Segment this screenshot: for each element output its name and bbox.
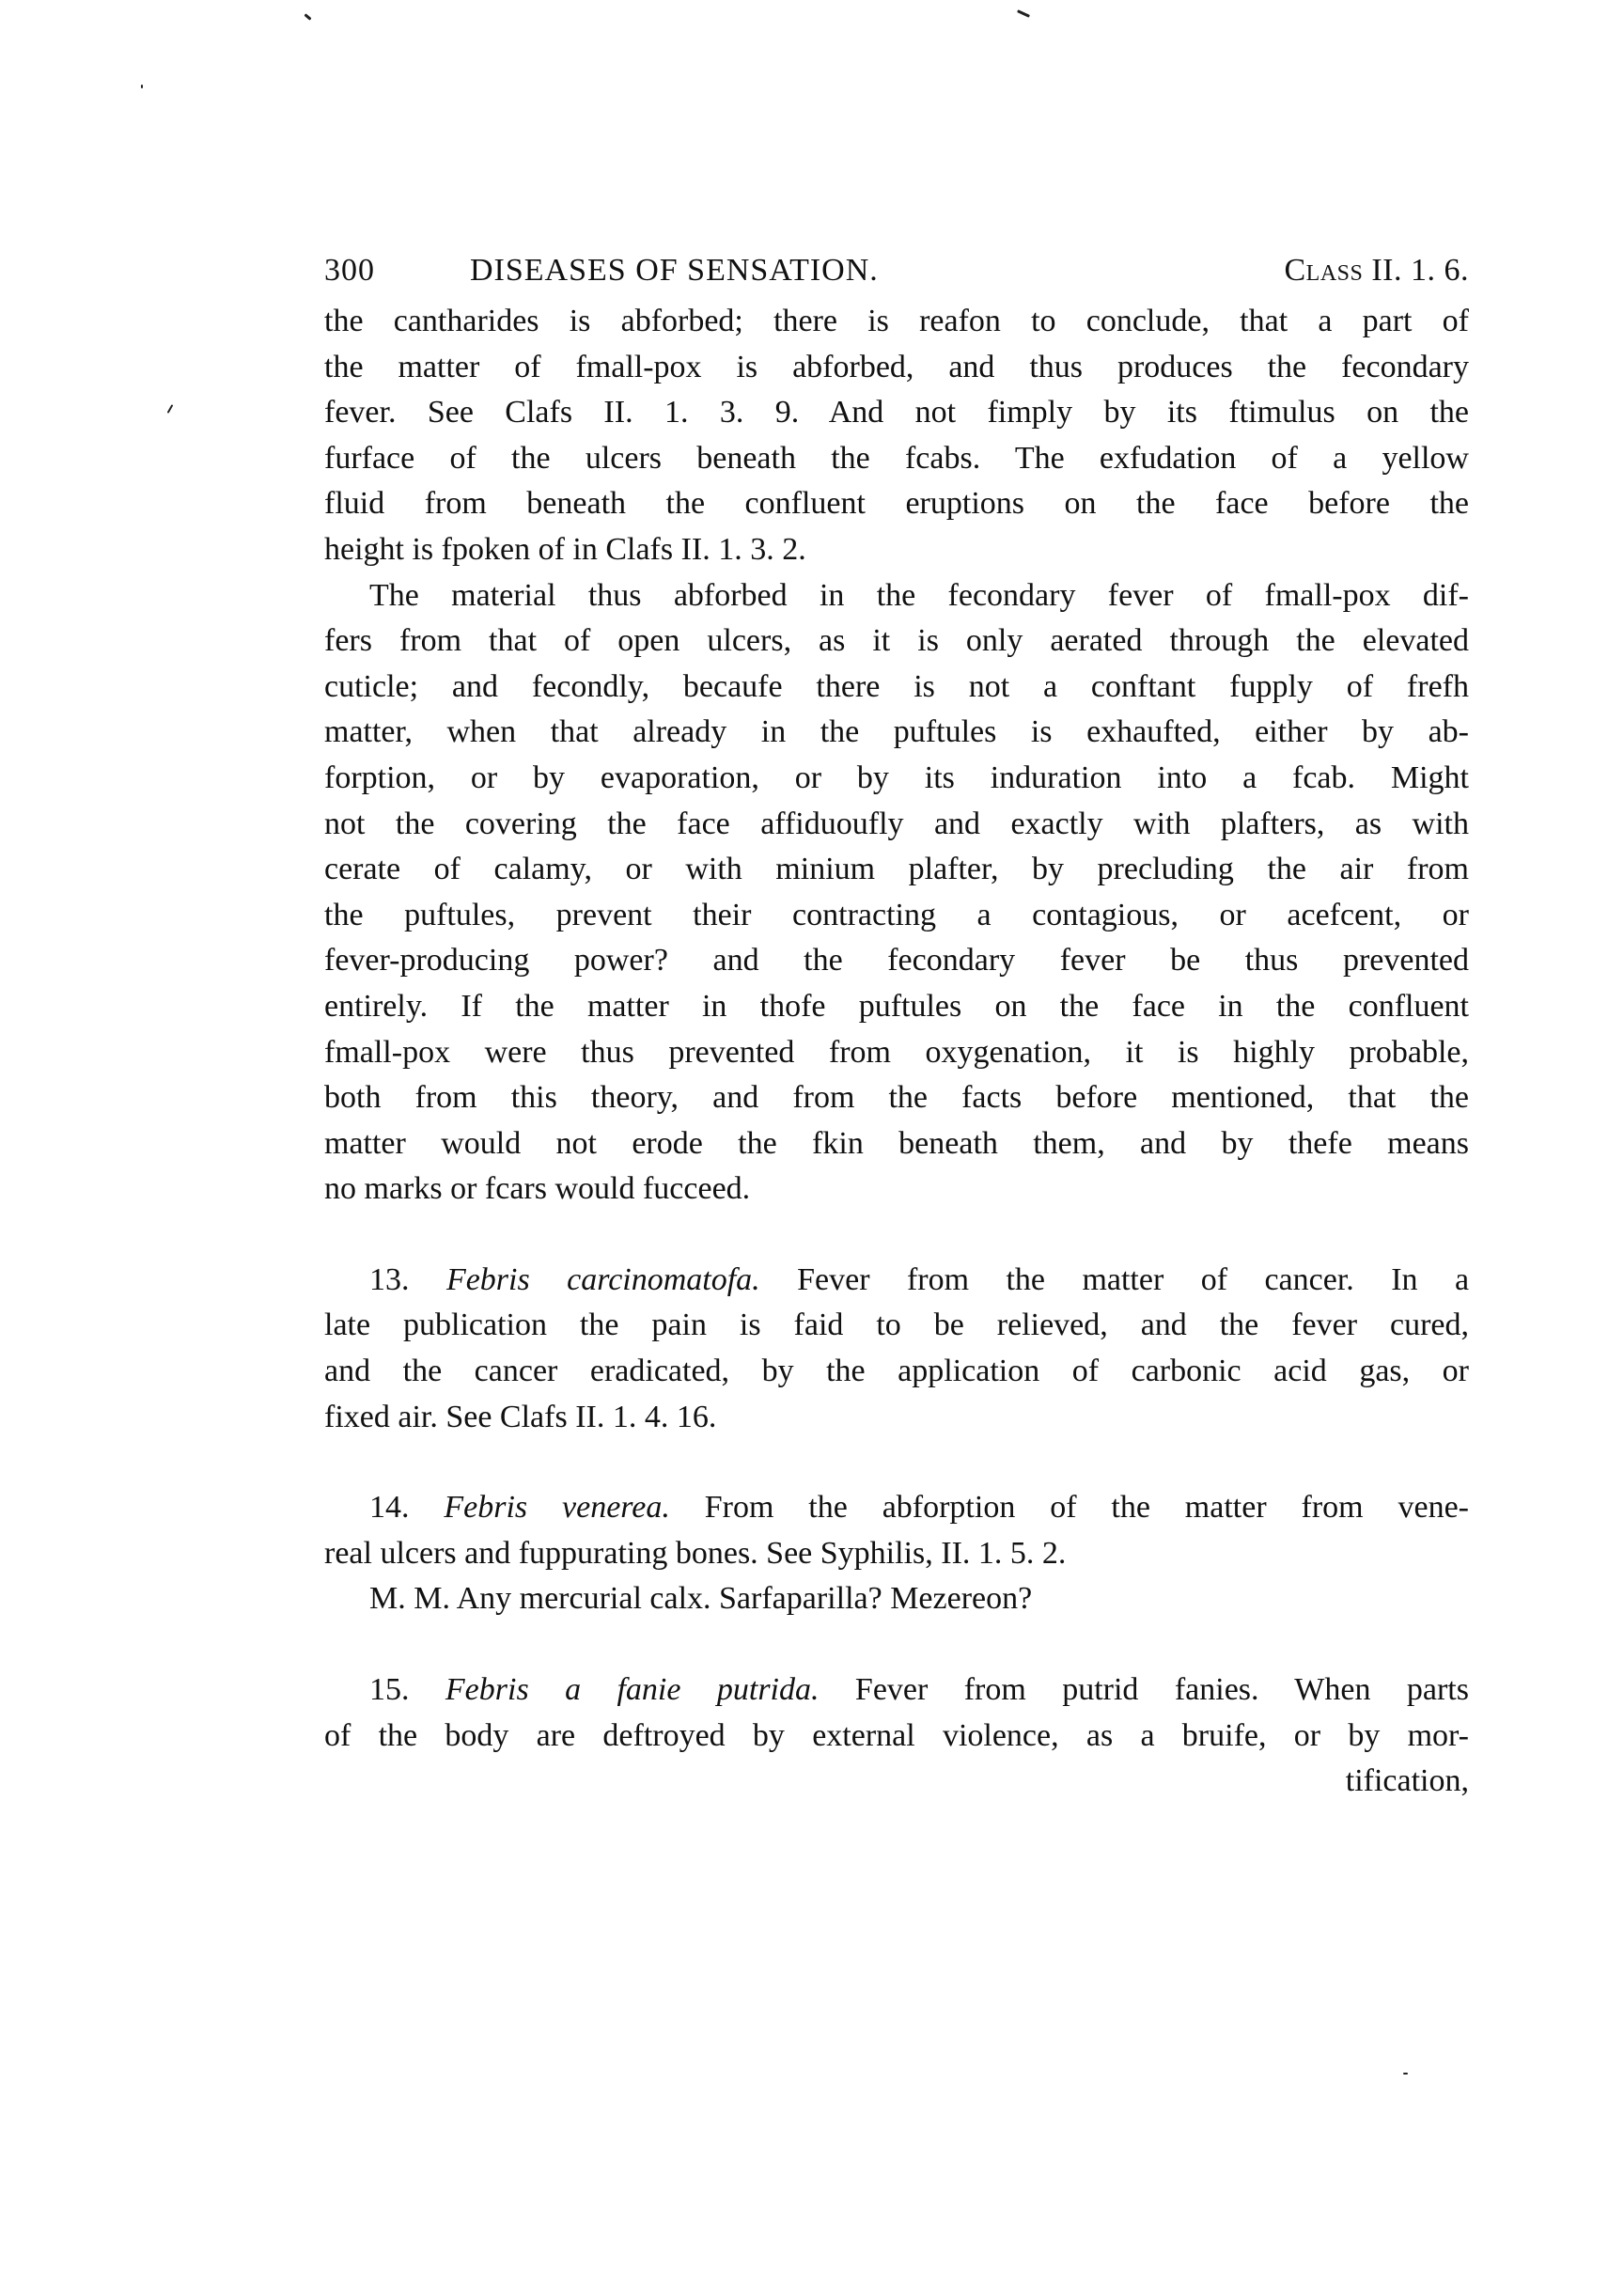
section-gap bbox=[324, 1213, 1469, 1258]
entry-number: 15. bbox=[369, 1672, 410, 1707]
book-page: 300 DISEASES OF SENSATION. Class II. 1. … bbox=[324, 246, 1469, 1805]
text-line: both from this theory, and from the fact… bbox=[324, 1075, 1469, 1121]
paragraph-material-absorbed: The material thus abforbed in the fecond… bbox=[324, 573, 1469, 1213]
text-line: and the cancer eradicated, by the applic… bbox=[324, 1349, 1469, 1395]
text-line: late publication the pain is faid to be … bbox=[324, 1303, 1469, 1349]
text-line: the puftules, prevent their contracting … bbox=[324, 893, 1469, 939]
class-reference: Class II. 1. 6. bbox=[1284, 246, 1469, 295]
text-line: the cantharides is abforbed; there is re… bbox=[324, 299, 1469, 345]
entry-first-line: 14. Febris venerea. From the abforption … bbox=[324, 1485, 1469, 1531]
entry-number: 14. bbox=[369, 1490, 410, 1525]
running-head: 300 DISEASES OF SENSATION. Class II. 1. … bbox=[324, 246, 1469, 295]
scan-speck bbox=[167, 404, 174, 414]
scan-speck bbox=[1017, 9, 1030, 18]
entry-text: From the abforption of the matter from v… bbox=[705, 1490, 1469, 1525]
text-line: fever. See Clafs II. 1. 3. 9. And not fi… bbox=[324, 390, 1469, 436]
text-line: fluid from beneath the confluent eruptio… bbox=[324, 481, 1469, 527]
text-line: no marks or fcars would fucceed. bbox=[324, 1166, 1469, 1213]
body-text: the cantharides is abforbed; there is re… bbox=[324, 299, 1469, 1805]
text-line: the matter of fmall-pox is abforbed, and… bbox=[324, 345, 1469, 391]
scan-speck bbox=[1403, 2073, 1408, 2075]
text-line: fever-producing power? and the fecondary… bbox=[324, 938, 1469, 984]
entry-text: Fever from putrid fanies. When parts bbox=[855, 1672, 1469, 1707]
section-gap bbox=[324, 1622, 1469, 1668]
text-line: fers from that of open ulcers, as it is … bbox=[324, 618, 1469, 665]
entry-text: Fever from the matter of cancer. In a bbox=[797, 1262, 1469, 1297]
text-line: of the body are deftroyed by external vi… bbox=[324, 1714, 1469, 1760]
text-line: matter would not erode the fkin beneath … bbox=[324, 1121, 1469, 1167]
entry-13: 13. Febris carcinomatofa. Fever from the… bbox=[324, 1258, 1469, 1440]
entry-14: 14. Febris venerea. From the abforption … bbox=[324, 1485, 1469, 1622]
entry-first-line: 13. Febris carcinomatofa. Fever from the… bbox=[324, 1258, 1469, 1304]
text-line: cerate of calamy, or with minium plafter… bbox=[324, 847, 1469, 893]
text-line: fmall-pox were thus prevented from oxyge… bbox=[324, 1030, 1469, 1076]
paragraph-continuation: the cantharides is abforbed; there is re… bbox=[324, 299, 1469, 573]
entry-latin-name: Febris venerea. bbox=[444, 1490, 669, 1525]
materia-medica: M. M. Any mercurial calx. Sarfaparilla? … bbox=[324, 1576, 1469, 1622]
text-line: entirely. If the matter in thofe puftule… bbox=[324, 984, 1469, 1030]
entry-number: 13. bbox=[369, 1262, 410, 1297]
text-line: real ulcers and fuppurating bones. See S… bbox=[324, 1531, 1469, 1577]
text-line: not the covering the face affiduoufly an… bbox=[324, 802, 1469, 848]
page-number: 300 bbox=[324, 246, 428, 295]
text-line: forption, or by evaporation, or by its i… bbox=[324, 756, 1469, 802]
text-line: furface of the ulcers beneath the fcabs.… bbox=[324, 436, 1469, 482]
entry-15: 15. Febris a fanie putrida. Fever from p… bbox=[324, 1668, 1469, 1805]
page-title: DISEASES OF SENSATION. bbox=[428, 246, 1284, 295]
text-line: cuticle; and fecondly, becaufe there is … bbox=[324, 665, 1469, 711]
text-line: fixed air. See Clafs II. 1. 4. 16. bbox=[324, 1395, 1469, 1441]
text-line: matter, when that already in the puftule… bbox=[324, 710, 1469, 756]
entry-latin-name: Febris a fanie putrida. bbox=[445, 1672, 820, 1707]
section-gap bbox=[324, 1440, 1469, 1485]
text-line: The material thus abforbed in the fecond… bbox=[324, 573, 1469, 619]
text-line: height is fpoken of in Clafs II. 1. 3. 2… bbox=[324, 527, 1469, 573]
entry-first-line: 15. Febris a fanie putrida. Fever from p… bbox=[324, 1668, 1469, 1714]
catchword: tification, bbox=[324, 1759, 1469, 1805]
entry-latin-name: Febris carcinomatofa. bbox=[446, 1262, 760, 1297]
scan-speck bbox=[141, 85, 143, 88]
scan-speck bbox=[304, 13, 311, 20]
